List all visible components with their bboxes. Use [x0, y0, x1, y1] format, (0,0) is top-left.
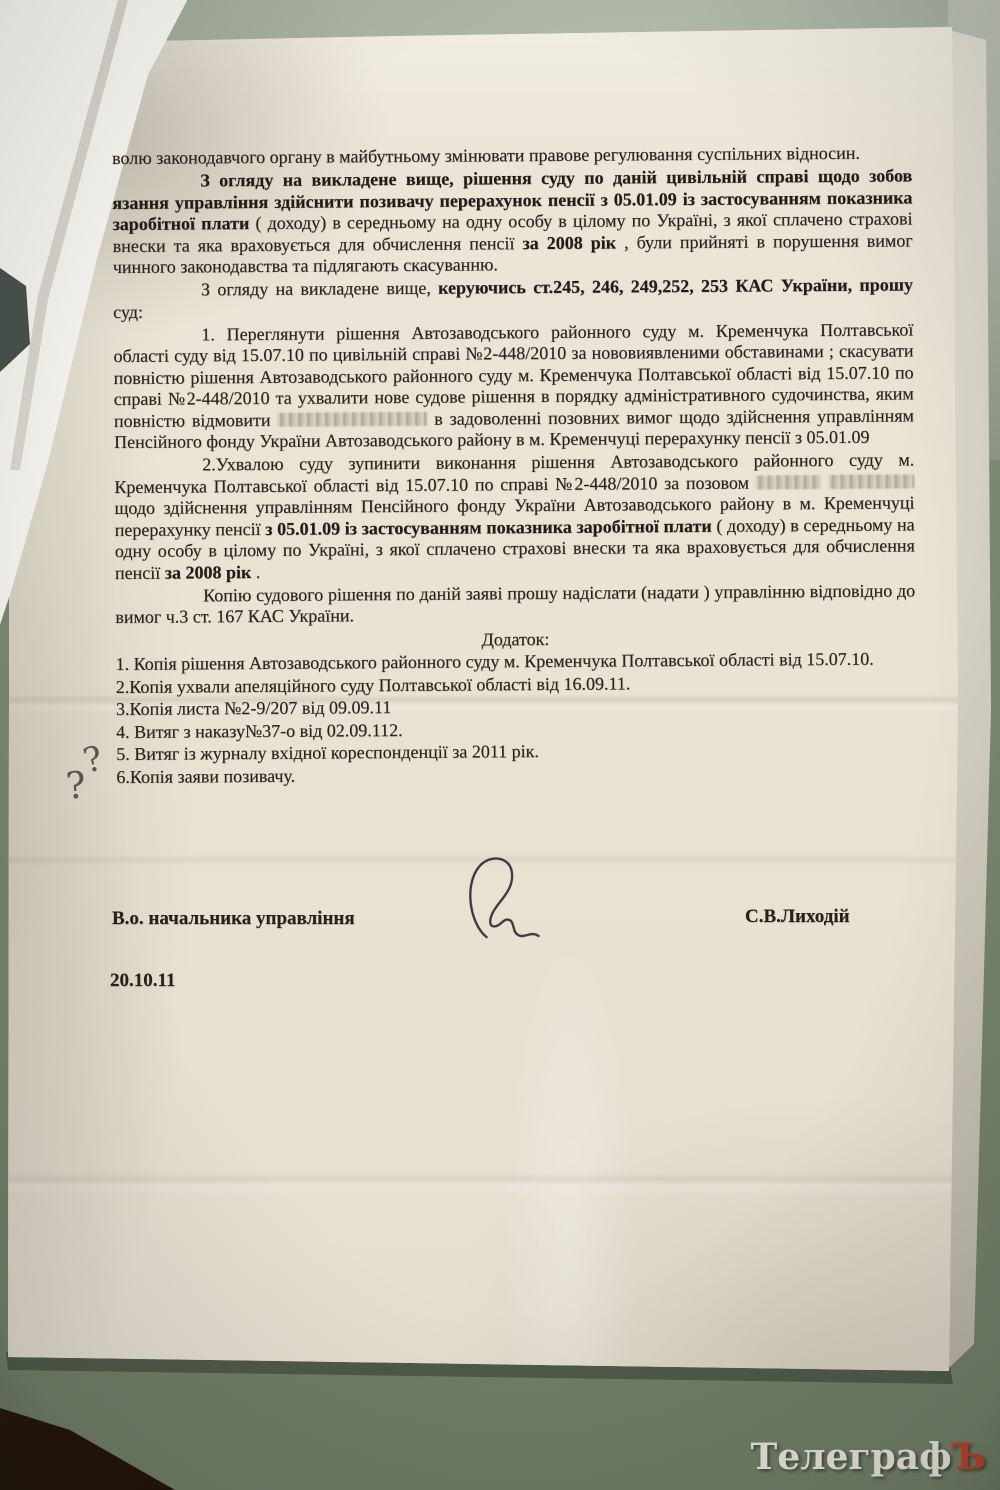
- photo-scene: волю законодавчого органу в майбутньому …: [0, 0, 1000, 1490]
- redacted-name: [828, 474, 914, 489]
- paragraph: З огляду на викладене вище, керуючись ст…: [113, 274, 913, 323]
- annex-list: 1. Копія рішення Автозаводського районно…: [116, 647, 917, 788]
- document-date: 20.10.11: [110, 970, 175, 992]
- paragraph: 2.Ухвалою суду зупинити виконання рішенн…: [114, 449, 915, 584]
- signer-name: С.В.Лиходій: [745, 906, 850, 928]
- bold-text: за 2008 рік: [522, 232, 616, 253]
- redacted-name: [756, 475, 822, 489]
- watermark-main: Телеграф: [751, 1436, 952, 1478]
- watermark-accent: Ъ: [952, 1436, 986, 1478]
- annex-section: Додаток: 1. Копія рішення Автозаводськог…: [115, 626, 916, 788]
- paragraph: Копію судового рішення по даній заяві пр…: [115, 580, 915, 629]
- body-text: суд:: [113, 301, 143, 321]
- body-text: .: [251, 561, 260, 581]
- bold-text: з 05.01.09 із застосуванням показника за…: [265, 515, 712, 538]
- redacted-name: [277, 411, 427, 426]
- bold-text: керуючись ст.245, 246, 249,252, 253 КАС …: [438, 274, 913, 297]
- telegraf-watermark: ТелеграфЪ: [751, 1436, 986, 1478]
- body-text: волю законодавчого органу в майбутньому …: [112, 143, 860, 168]
- body-text: Копію судового рішення по даній заяві пр…: [115, 580, 915, 627]
- handwritten-question-mark: ?: [64, 763, 88, 808]
- document-text: волю законодавчого органу в майбутньому …: [112, 142, 916, 788]
- paragraph: З огляду на викладене вище, рішення суду…: [112, 165, 913, 278]
- body-text: З огляду на викладене вище,: [201, 278, 438, 300]
- body-text: 2.Ухвалою суду зупинити виконання рішенн…: [114, 449, 914, 496]
- bold-text: за 2008 рік: [165, 562, 252, 583]
- handwritten-signature-icon: [450, 848, 573, 944]
- signer-role: В.о. начальника управління: [112, 908, 355, 930]
- document-body: волю законодавчого органу в майбутньому …: [112, 142, 915, 628]
- paragraph: 1. Переглянути рішення Автозаводського р…: [113, 319, 914, 454]
